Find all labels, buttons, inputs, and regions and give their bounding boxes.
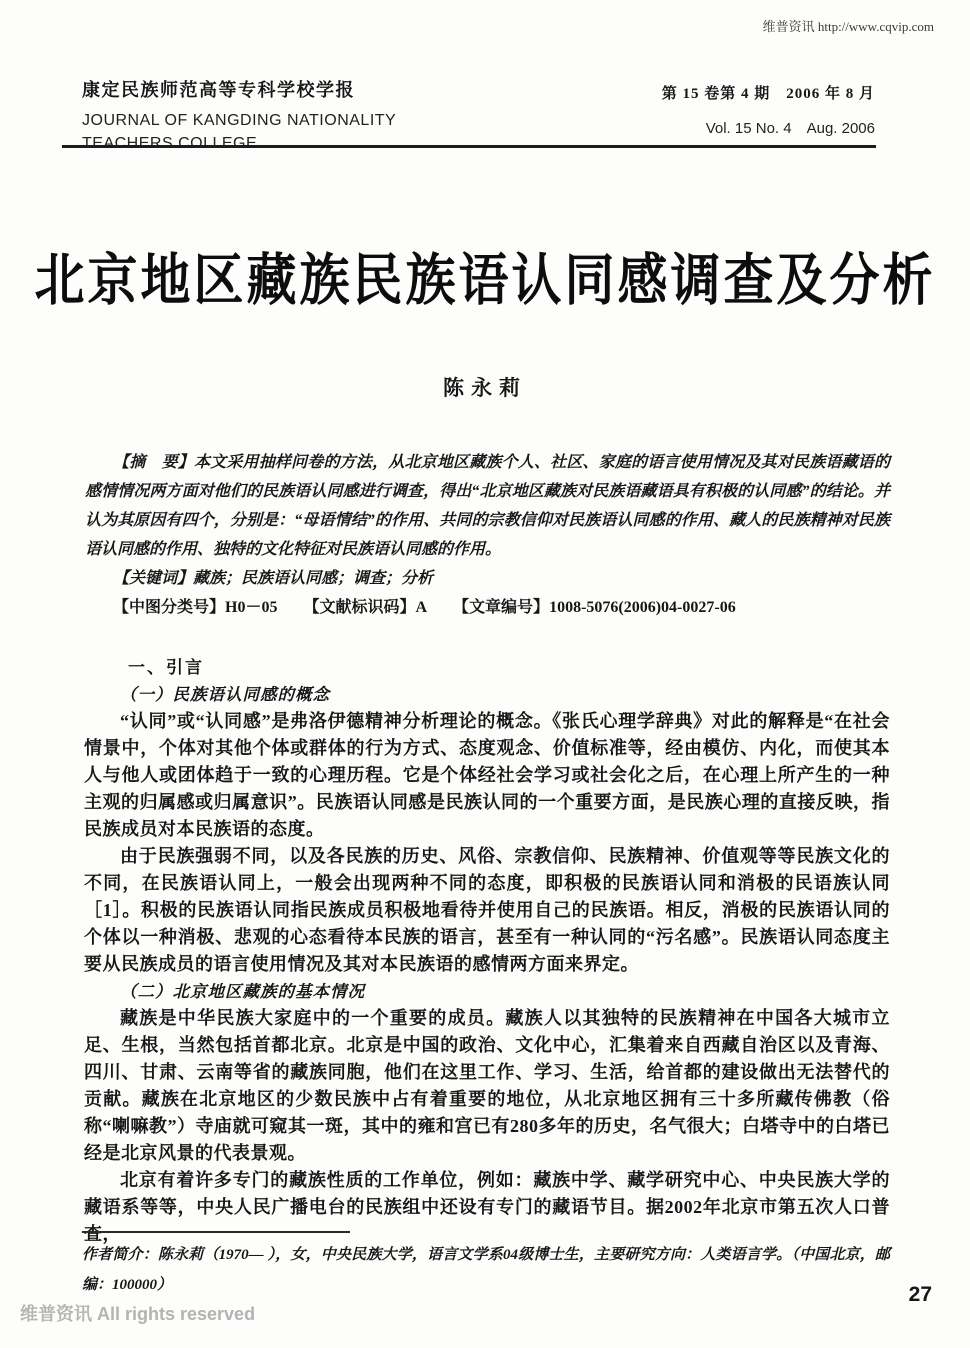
keywords-text: 藏族；民族语认同感；调查；分析	[193, 570, 433, 587]
journal-title-cn: 康定民族师范高等专科学校学报	[82, 76, 396, 102]
journal-title-en-line1: JOURNAL OF KANGDING NATIONALITY	[82, 109, 396, 132]
article-id-label: 【文章编号】	[453, 599, 549, 616]
body-paragraph-2: 由于民族强弱不同，以及各民族的历史、风俗、宗教信仰、民族精神、价值观等等民族文化…	[84, 843, 890, 978]
header-divider-rule	[62, 145, 876, 148]
article-meta-block: 【摘 要】本文采用抽样问卷的方法，从北京地区藏族个人、社区、家庭的语言使用情况及…	[85, 448, 890, 622]
article-id-value: 1008-5076(2006)04-0027-06	[549, 599, 736, 616]
journal-title-en: JOURNAL OF KANGDING NATIONALITY TEACHERS…	[82, 109, 396, 155]
abstract-label: 【摘 要】	[113, 454, 194, 471]
keywords-line: 【关键词】藏族；民族语认同感；调查；分析	[85, 564, 890, 593]
journal-title-en-line2: TEACHERS COLLEGE	[82, 132, 396, 155]
article-body: 一、引言 （一）民族语认同感的概念 “认同”或“认同感”是弗洛伊德精神分析理论的…	[84, 654, 890, 1248]
subsection-heading-concept: （一）民族语认同感的概念	[120, 681, 890, 708]
author-bio-footnote: 作者简介：陈永莉（1970— ），女，中央民族大学，语言文学系04级博士生，主要…	[82, 1240, 890, 1300]
footnote-divider-rule	[82, 1231, 350, 1233]
body-paragraph-3: 藏族是中华民族大家庭中的一个重要的成员。藏族人以其独特的民族精神在中国各大城市立…	[84, 1005, 890, 1167]
abstract-text: 本文采用抽样问卷的方法，从北京地区藏族个人、社区、家庭的语言使用情况及其对民族语…	[85, 454, 890, 558]
doc-code-label: 【文献标识码】	[303, 599, 415, 616]
abstract-paragraph: 【摘 要】本文采用抽样问卷的方法，从北京地区藏族个人、社区、家庭的语言使用情况及…	[85, 448, 890, 564]
section-heading-introduction: 一、引言	[128, 654, 890, 681]
clc-value: H0－05	[225, 599, 277, 616]
article-title: 北京地区藏族民族语认同感调查及分析	[0, 236, 970, 317]
classification-line: 【中图分类号】H0－05【文献标识码】A【文章编号】1008-5076(2006…	[85, 593, 890, 622]
journal-header-right: 第 15 卷第 4 期 2006 年 8 月 Vol. 15 No. 4 Aug…	[662, 82, 875, 138]
cqvip-watermark-top: 维普资讯 http://www.cqvip.com	[763, 16, 934, 35]
clc-label: 【中图分类号】	[113, 599, 225, 616]
subsection-heading-beijing-tibetans: （二）北京地区藏族的基本情况	[120, 978, 890, 1005]
issue-info-cn: 第 15 卷第 4 期 2006 年 8 月	[662, 82, 875, 103]
scanned-paper-page: 维普资讯 http://www.cqvip.com 康定民族师范高等专科学校学报…	[0, 0, 970, 1348]
body-paragraph-4: 北京有着许多专门的藏族性质的工作单位，例如：藏族中学、藏学研究中心、中央民族大学…	[84, 1167, 890, 1248]
article-author: 陈永莉	[0, 372, 970, 402]
page-number: 27	[909, 1283, 932, 1307]
doc-code-value: A	[415, 599, 427, 616]
journal-header-left: 康定民族师范高等专科学校学报 JOURNAL OF KANGDING NATIO…	[82, 76, 396, 155]
issue-info-en: Vol. 15 No. 4 Aug. 2006	[662, 117, 875, 138]
body-paragraph-1: “认同”或“认同感”是弗洛伊德精神分析理论的概念。《张氏心理学辞典》对此的解释是…	[84, 708, 890, 843]
keywords-label: 【关键词】	[113, 570, 193, 587]
cqvip-watermark-bottom: 维普资讯 All rights reserved	[20, 1300, 255, 1326]
